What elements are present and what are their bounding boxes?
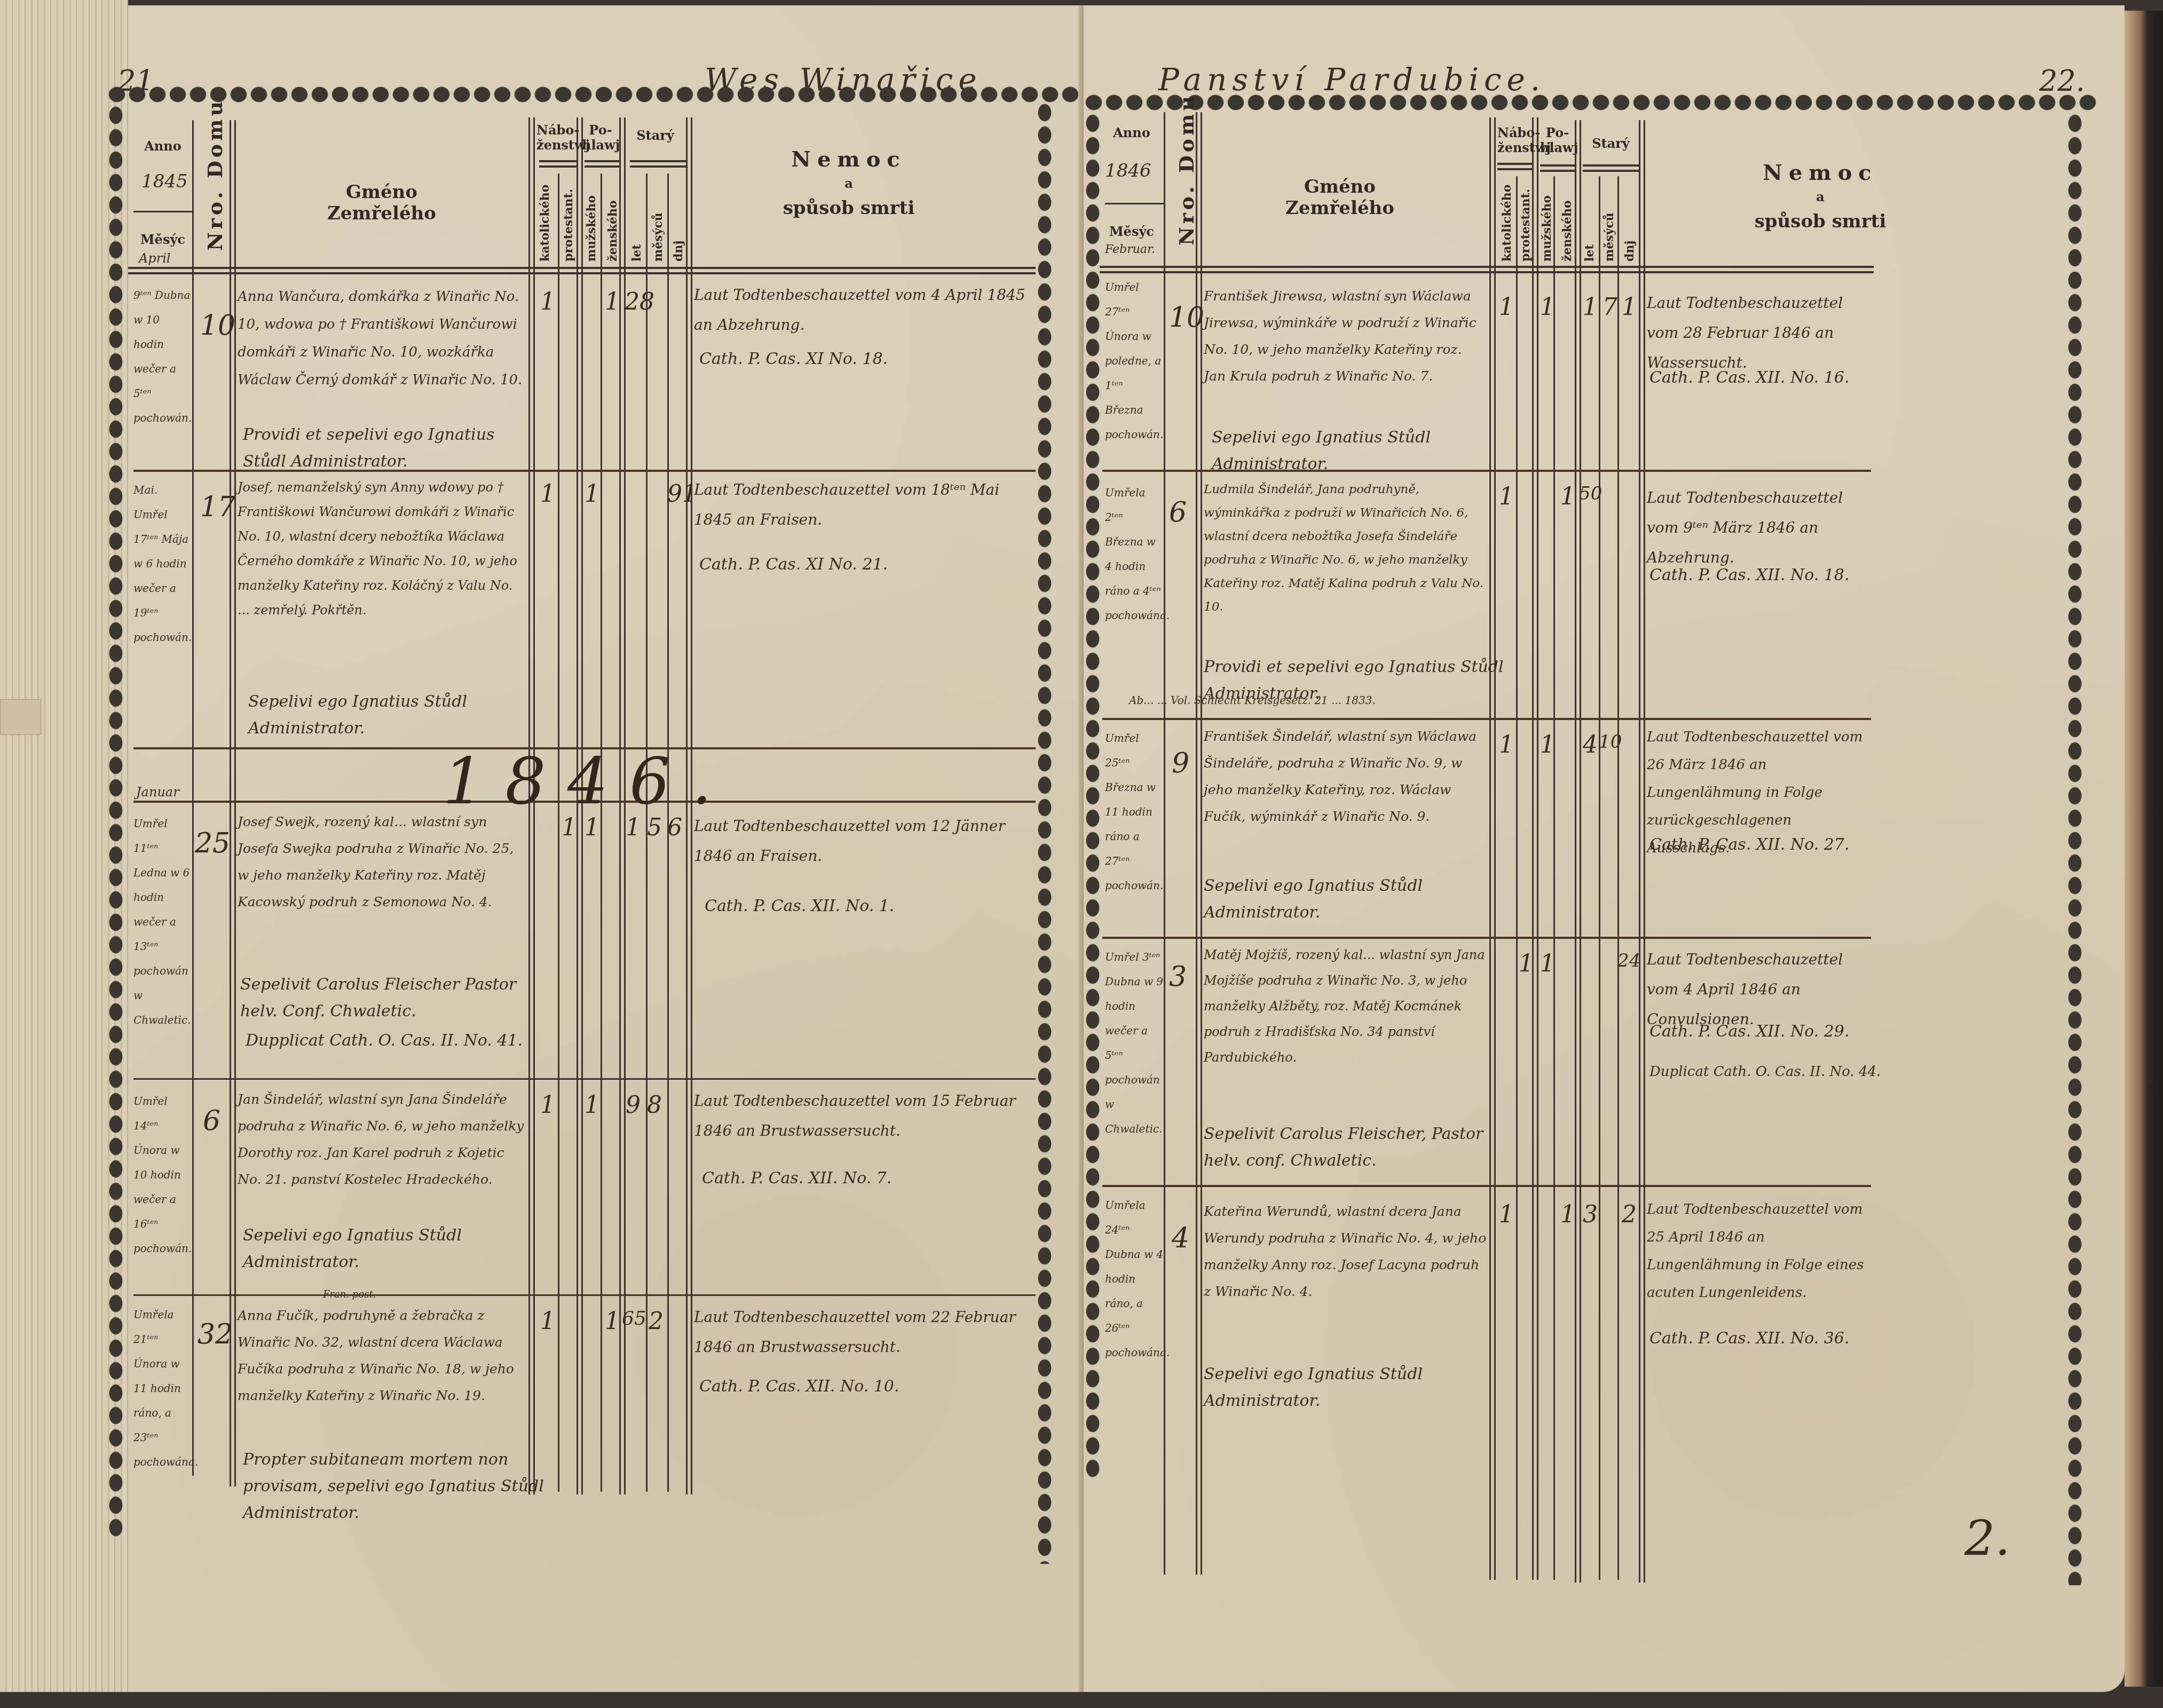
female-tally: 1 [1560,1201,1575,1228]
age-years: 65 [622,1308,646,1330]
entry-name-note: Fran. post. [323,1289,376,1300]
years-label: let [630,230,644,262]
male-label: mužského [1540,197,1554,262]
month-label: Měsýc [1105,224,1158,239]
catholic-tally: 1 [1499,1201,1514,1228]
anno-label: Anno [139,139,187,154]
entry-signature: Sepelivit Carolus Fleischer, Pastor helv… [1204,1121,1503,1174]
catholic-tally: 1 [1499,731,1514,758]
age-years: 4 [1583,731,1598,758]
protestant-label: protestant. [1519,187,1533,262]
entry-signature: Sepelivi ego Ignatius Stůdl Administrato… [1212,424,1489,478]
ornamental-border-left [107,104,125,1540]
house-number-label: Nro. Domu [1174,139,1198,246]
right-register-table: Anno 1846 Měsýc Februar. Nro. Domu Gméno… [1084,5,2125,1692]
sex-label: Po-hlawj [582,123,619,153]
entry-cause: Laut Todtenbeschauzettel vom 22 Februar … [694,1302,1030,1362]
entry-reference: Cath. P. Cas. XII. No. 1. [705,891,1025,921]
catholic-label: katolického [1500,187,1514,262]
entry-margin-note: Ab... ... Vol. Schlecht Kreisgesetz. 21 … [1129,694,1503,707]
age-days: 24 [1617,950,1640,971]
entry-house-number: 3 [1169,961,1187,993]
entry-date: Umřela 21ᵗᵉⁿ Února w 11 hodin ráno, a 23… [133,1302,192,1474]
entry-name: František Šindelář, wlastní syn Wáclawa … [1204,723,1487,830]
age-months: 5 [647,814,662,841]
age-days: 91 [667,480,697,508]
header-year: 1845 [141,171,188,192]
age-label: Starý [1583,136,1639,151]
entry-duplicate-note: Dupplicat Cath. O. Cas. II. No. 41. [246,1027,544,1054]
female-label: ženského [1560,203,1574,262]
months-label: měsýců [651,205,665,262]
age-months: 10 [1599,731,1622,753]
entry-house-number: 10 [200,310,235,342]
header-year: 1846 [1105,160,1151,181]
male-tally: 1 [585,1092,599,1119]
right-page: Panství Pardubice. 22. Anno 1846 Měsýc F… [1084,5,2125,1692]
entry-date: Umřel 3ᵗᵉⁿ Dubna w 9 hodin wečer a 5ᵗᵉⁿ … [1105,945,1164,1141]
entry-signature: Providi et sepelivi ego Ignatius Stůdl A… [243,422,520,475]
entry-name: Jan Šindelář, wlastní syn Jana Šindeláře… [238,1086,526,1193]
entry-cause: Laut Todtenbeschauzettel vom 18ᵗᵉⁿ Mai 1… [694,475,1030,535]
entry-cause: Laut Todtenbeschauzettel vom 15 Februar … [694,1086,1030,1146]
protestant-label: protestant. [562,181,575,262]
age-months: 2 [649,1308,664,1335]
deceased-name-label: Gméno Zemřelého [294,181,470,224]
entry-date: 9ᵗᵉⁿ Dubna w 10 hodin wečer a 5ᵗᵉⁿ pocho… [133,283,192,430]
entry-signature: Sepelivi ego Ignatius Stůdl Administrato… [1204,873,1487,926]
deceased-name-label: Gméno Zemřelého [1249,176,1431,219]
male-tally: 1 [585,814,599,841]
catholic-tally: 1 [540,1308,555,1335]
catholic-tally: 1 [540,480,555,508]
male-tally: 1 [1540,731,1555,758]
entry-cause: Laut Todtenbeschauzettel vom 25 April 18… [1647,1196,1871,1307]
religion-label: Nábo-ženstwj [1497,125,1532,155]
entry-house-number: 6 [203,1105,220,1137]
entry-house-number: 6 [1169,496,1187,528]
female-tally: 1 [1560,483,1575,510]
cause-label-nemoc: Nemoc [1671,160,1970,185]
left-page: 21. Wes Winařice Anno 1845 Měsýc April N… [128,5,1084,1692]
year-divider-month: Januar [136,785,179,800]
entry-house-number: 32 [198,1318,233,1350]
entry-date: Umřela 24ᵗᵉⁿ Dubna w 4 hodin ráno, a 26ᵗ… [1105,1193,1164,1365]
age-months: 7 [1602,294,1617,321]
catholic-tally: 1 [540,288,555,315]
cause-label-a: a [1671,189,1970,204]
protestant-tally: 1 [1519,950,1534,977]
age-label: Starý [625,128,686,143]
female-tally: 1 [605,1308,620,1335]
age-days: 6 [667,814,682,841]
book-cover-edge [2125,11,2163,1687]
male-tally: 1 [1540,950,1555,977]
age-years: 1 [626,814,641,841]
age-days: 2 [1622,1201,1637,1228]
female-tally: 1 [605,288,620,315]
cause-label-manner: spůsob smrti [715,197,982,219]
entry-date: Umřela 2ᵗᵉⁿ Března w 4 hodin ráno a 4ᵗᵉⁿ… [1105,480,1164,628]
anno-label: Anno [1105,125,1158,140]
entry-reference: Cath. P. Cas. XII. No. 16. [1649,363,1874,393]
religion-label: Nábo-ženstwj [536,123,577,153]
header-month: April [139,251,171,266]
entry-reference: Cath. P. Cas. XII. No. 27. [1649,830,1874,860]
cause-label-manner: spůsob smrti [1671,211,1970,232]
catholic-tally: 1 [1499,294,1514,321]
male-tally: 1 [585,480,599,508]
entry-reference: Cath. P. Cas. XII. No. 18. [1649,560,1874,590]
entry-name: Anna Wančura, domkářka z Winařic No. 10,… [238,283,526,394]
entry-reference: Cath. P. Cas. XI No. 21. [699,550,1020,580]
entry-signature: Sepelivit Carolus Fleischer Pastor helv.… [240,971,528,1025]
years-label: let [1583,235,1597,262]
entry-house-number: 9 [1172,747,1189,779]
entry-signature: Propter subitaneam mortem non provisam, … [243,1446,574,1527]
catholic-tally: 1 [1499,483,1514,510]
entry-date: Mai. Umřel 17ᵗᵉⁿ Mája w 6 hodin wečer a … [133,478,192,650]
entry-name: František Jirewsa, wlastní syn Wáclawa J… [1204,283,1487,390]
age-years: 9 [626,1092,641,1119]
entry-date: Umřel 14ᵗᵉⁿ Února w 10 hodin wečer a 16ᵗ… [133,1089,192,1261]
age-years: 50 [1579,483,1602,504]
header-month: Februar. [1105,243,1155,256]
month-label: Měsýc [136,232,190,247]
entry-cause: Laut Todtenbeschauzettel vom 9ᵗᵉⁿ März 1… [1647,483,1871,573]
entry-date: Umřel 27ᵗᵉⁿ Února w poledne, a 1ᵗᵉⁿ Břez… [1105,275,1164,447]
entry-cause: Laut Todtenbeschauzettel vom 4 April 184… [694,280,1030,340]
house-number-label: Nro. Domu [203,144,227,251]
catholic-tally: 1 [540,1092,555,1119]
entry-name: Ludmila Šindelář, Jana podruhyně, wýmink… [1204,478,1487,619]
entry-house-number: 17 [200,491,235,523]
entry-name: Anna Fučík, podruhyně a žebračka z Winař… [238,1302,526,1409]
entry-signature: Sepelivi ego Ignatius Stůdl Administrato… [248,689,526,742]
age-days: 1 [1622,294,1637,321]
cause-label-nemoc: Nemoc [715,147,982,172]
entry-name: Josef, nemanželský syn Anny wdowy po † F… [238,475,526,622]
page-tab-marker [0,699,41,735]
entry-duplicate-note: Duplicat Cath. O. Cas. II. No. 44. [1649,1057,1884,1087]
closing-mark: 2. [1964,1511,2010,1567]
sex-label: Po-hlawj [1540,125,1575,155]
age-years: 28 [625,288,654,315]
months-label: měsýců [1602,213,1616,262]
catholic-label: katolického [538,181,552,262]
entry-name: Josef Swejk, rozený kal... wlastní syn J… [238,809,526,915]
entry-signature: Sepelivi ego Ignatius Stůdl Administrato… [243,1222,520,1276]
age-months: 8 [647,1092,662,1119]
female-label: ženského [606,187,620,262]
entry-cause: Laut Todtenbeschauzettel vom 12 Jänner 1… [694,811,1030,871]
entry-reference: Cath. P. Cas. XII. No. 10. [699,1372,1030,1402]
age-years: 3 [1583,1201,1598,1228]
male-label: mužského [585,187,598,262]
entry-reference: Cath. P. Cas. XII. No. 36. [1649,1324,1874,1354]
entry-signature: Sepelivi ego Ignatius Stůdl Administrato… [1204,1361,1481,1414]
entry-date: Umřel 11ᵗᵉⁿ Ledna w 6 hodin wečer a 13ᵗᵉ… [133,811,192,1032]
entry-name: Matěj Mojžíš, rozený kal... wlastní syn … [1204,942,1487,1070]
entry-house-number: 25 [195,827,230,859]
male-tally: 1 [1540,294,1555,321]
entry-reference: Cath. P. Cas. XII. No. 29. [1649,1017,1874,1047]
year-divider: 1846. [443,745,733,819]
cause-label-a: a [715,176,982,191]
days-label: dnj [1623,235,1637,262]
entry-name: Kateřina Werundů, wlastní dcera Jana Wer… [1204,1198,1487,1305]
entry-reference: Cath. P. Cas. XII. No. 7. [702,1164,1022,1193]
entry-house-number: 10 [1169,302,1204,334]
protestant-tally: 1 [562,814,577,841]
age-years: 1 [1583,294,1598,321]
entry-house-number: 4 [1172,1222,1189,1254]
entry-date: Umřel 25ᵗᵉⁿ Března w 11 hodin ráno a 27ᵗ… [1105,726,1164,898]
days-label: dnj [672,230,685,262]
entry-reference: Cath. P. Cas. XI No. 18. [699,344,1020,374]
